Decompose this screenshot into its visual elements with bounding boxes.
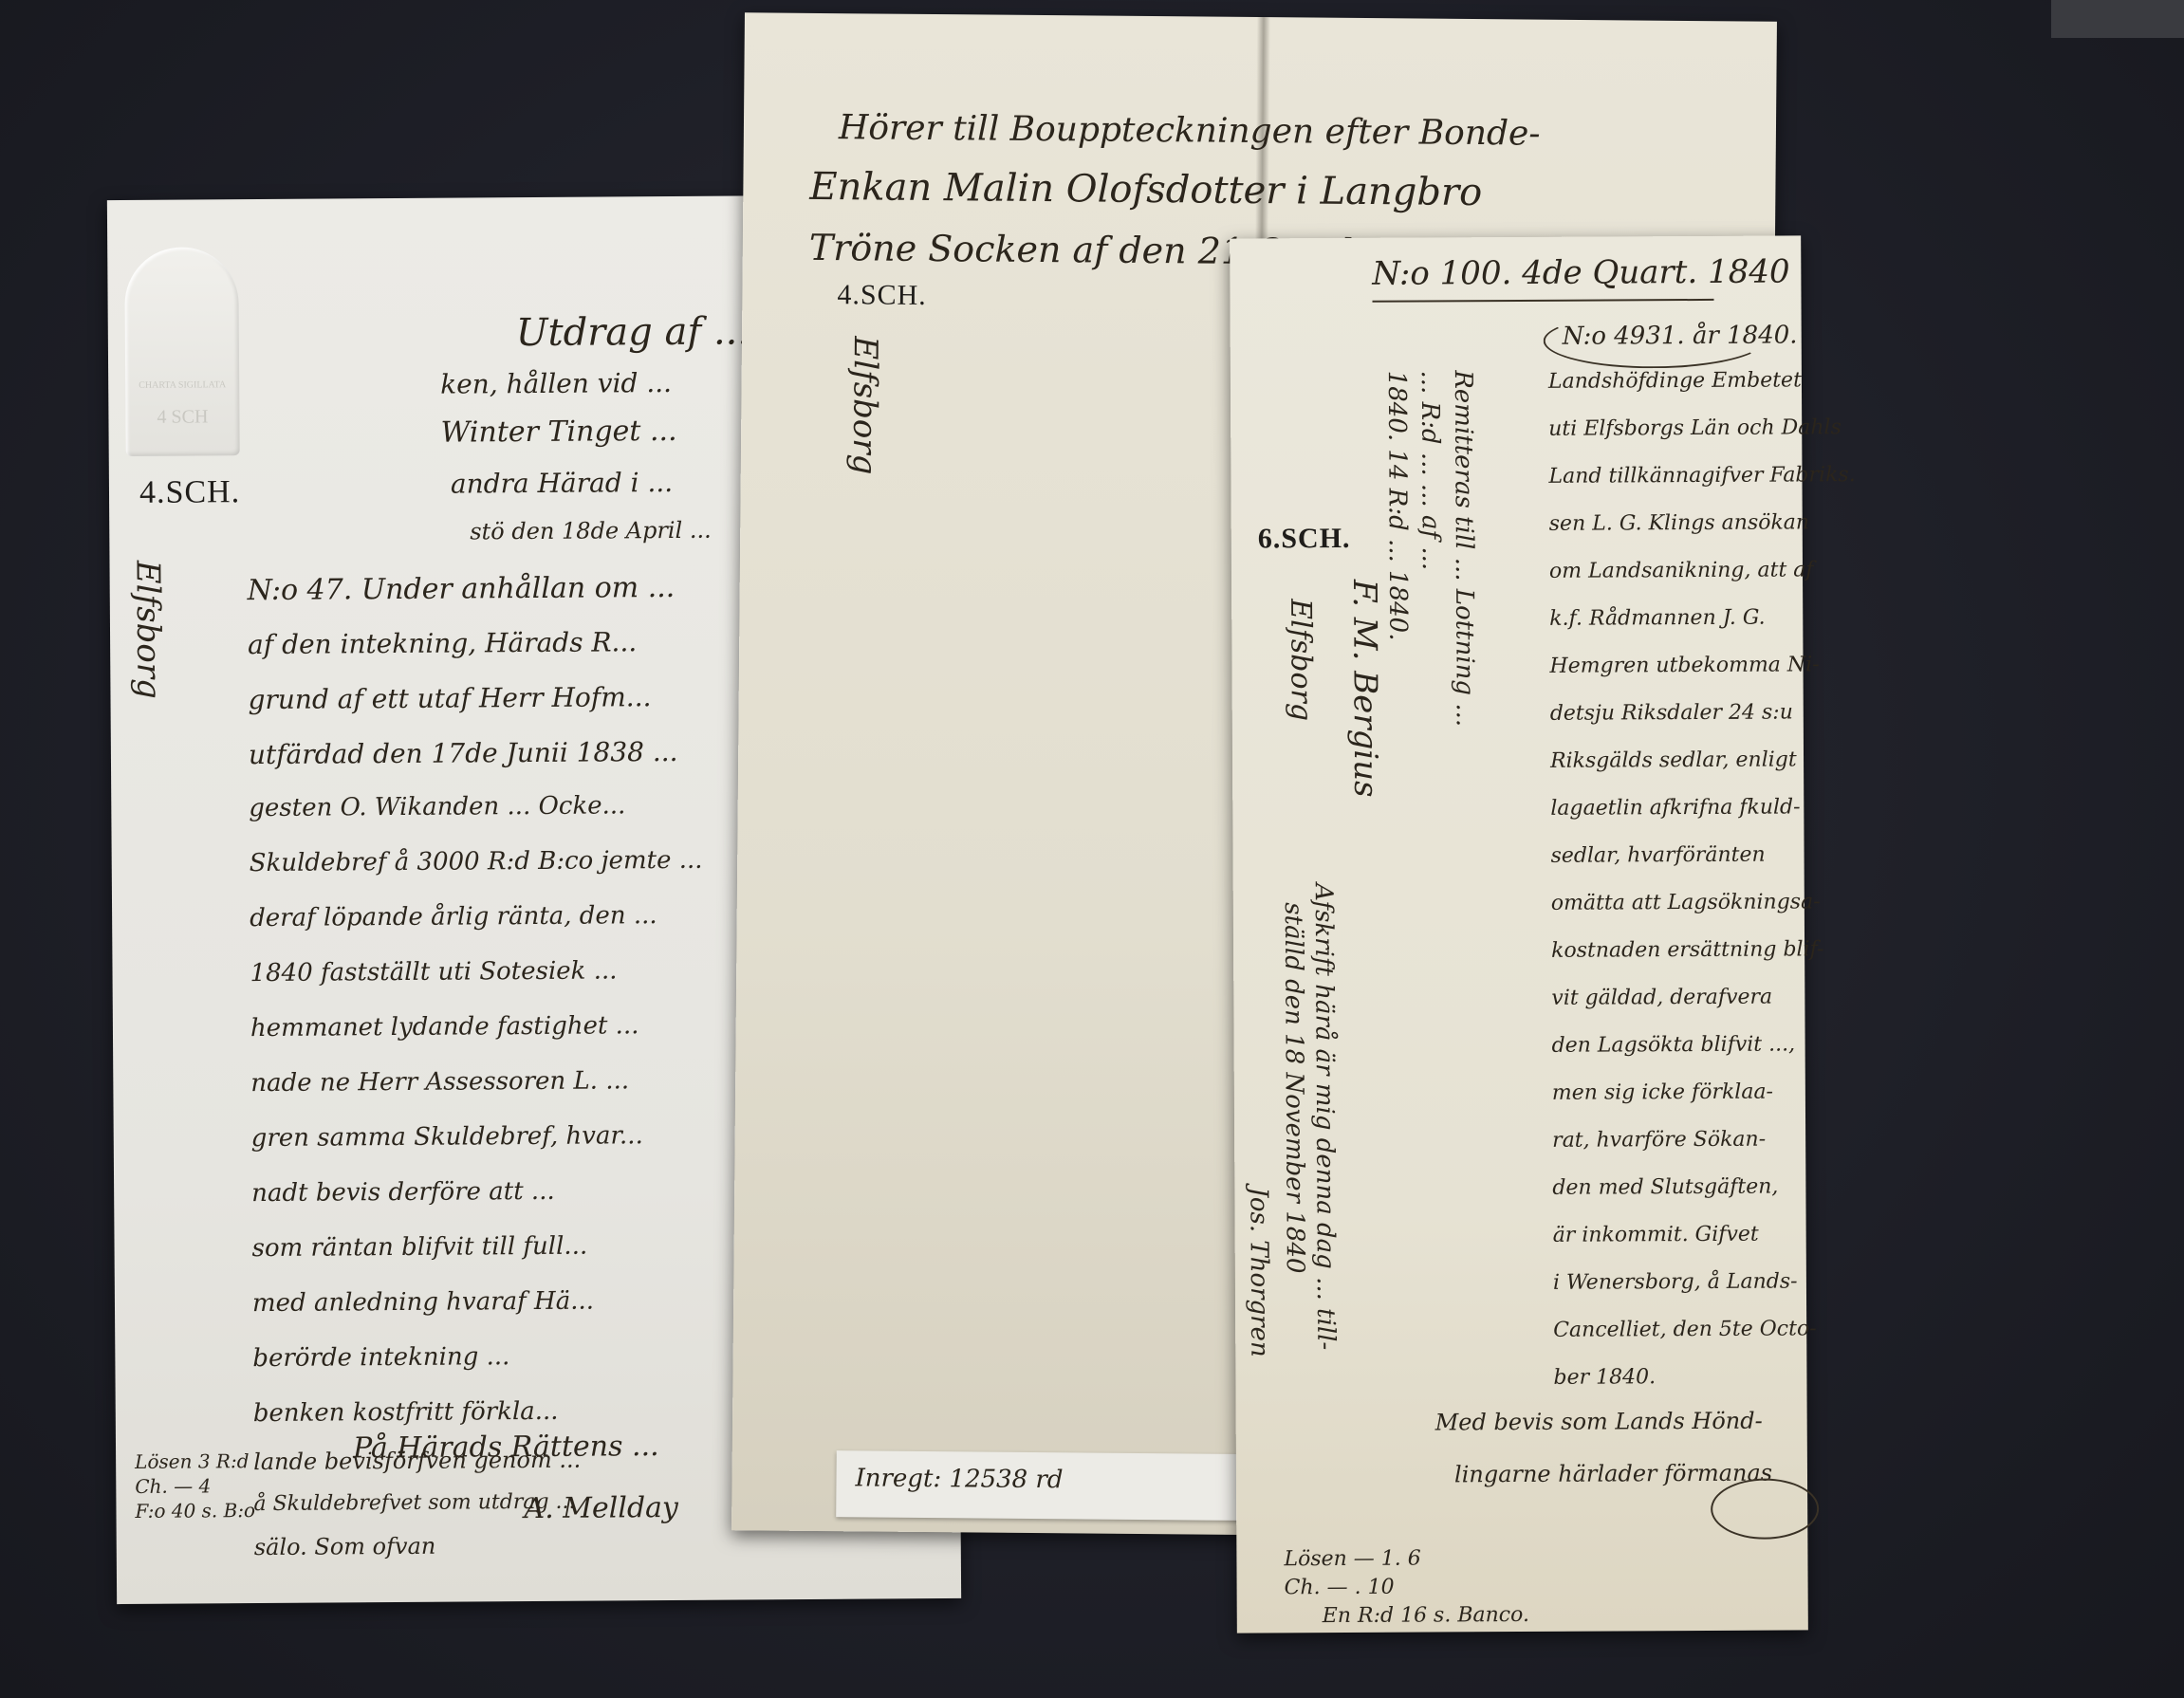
emboss-value: 4 SCH [125,406,239,429]
printed-stamp: 4.SCH. [139,474,240,511]
printed-stamp: 6.SCH. [1258,523,1351,556]
emboss-motto: CHARTA SIGILLATA [125,379,239,391]
header-line: Enkan Malin Olofsdotter i Langbro [809,165,1482,214]
signature-flourish-icon [1711,1478,1819,1540]
document-right-sheet: N:o 100. 4de Quart. 1840 N:o 4931. år 18… [1230,235,1808,1633]
closing-line: lingarne härlader förmanas [1454,1460,1772,1488]
header-underline [1372,299,1713,303]
margin-note: Elfsborg [845,336,884,474]
embossed-stamp-icon: CHARTA SIGILLATA 4 SCH [124,247,240,456]
backdrop-corner [2051,0,2184,38]
printed-stamp: 4.SCH. [837,279,927,312]
closing-line: Med bevis som Lands Hönd- [1435,1408,1763,1436]
heading-line: stö den 18de April ... [470,517,712,545]
fee-notes: Lösen — 1. 6 Ch. — . 10 En R:d 16 s. Ban… [1284,1546,1491,1633]
signature: A. Mellday [524,1491,678,1525]
fee-notes: Lösen 3 R:d Ch. — 4 F:o 40 s. B:o [135,1449,255,1524]
heading-line: andra Härad i ... [451,467,673,500]
heading-line: ken, hållen vid ... [440,367,672,400]
paper-slip: Inregt: 12538 rd [836,1450,1245,1521]
signature-line: På Härads Rättens ... [353,1430,659,1465]
heading-line: Utdrag af ... [516,309,750,355]
body-text: Landshöfdinge Embetet uti Elfsborgs Län … [1548,368,1805,1412]
bottom-note: Inregt: 12538 rd [855,1464,1063,1494]
heading-line: Winter Tinget ... [440,415,676,450]
header-line: Hörer till Bouppteckningen efter Bonde- [839,108,1541,153]
margin-note: Elfsborg [128,561,167,699]
reference-flourish [1544,312,1766,369]
margin-note: Elfsborg [1284,599,1318,721]
document-header: N:o 100. 4de Quart. 1840 [1372,252,1789,292]
